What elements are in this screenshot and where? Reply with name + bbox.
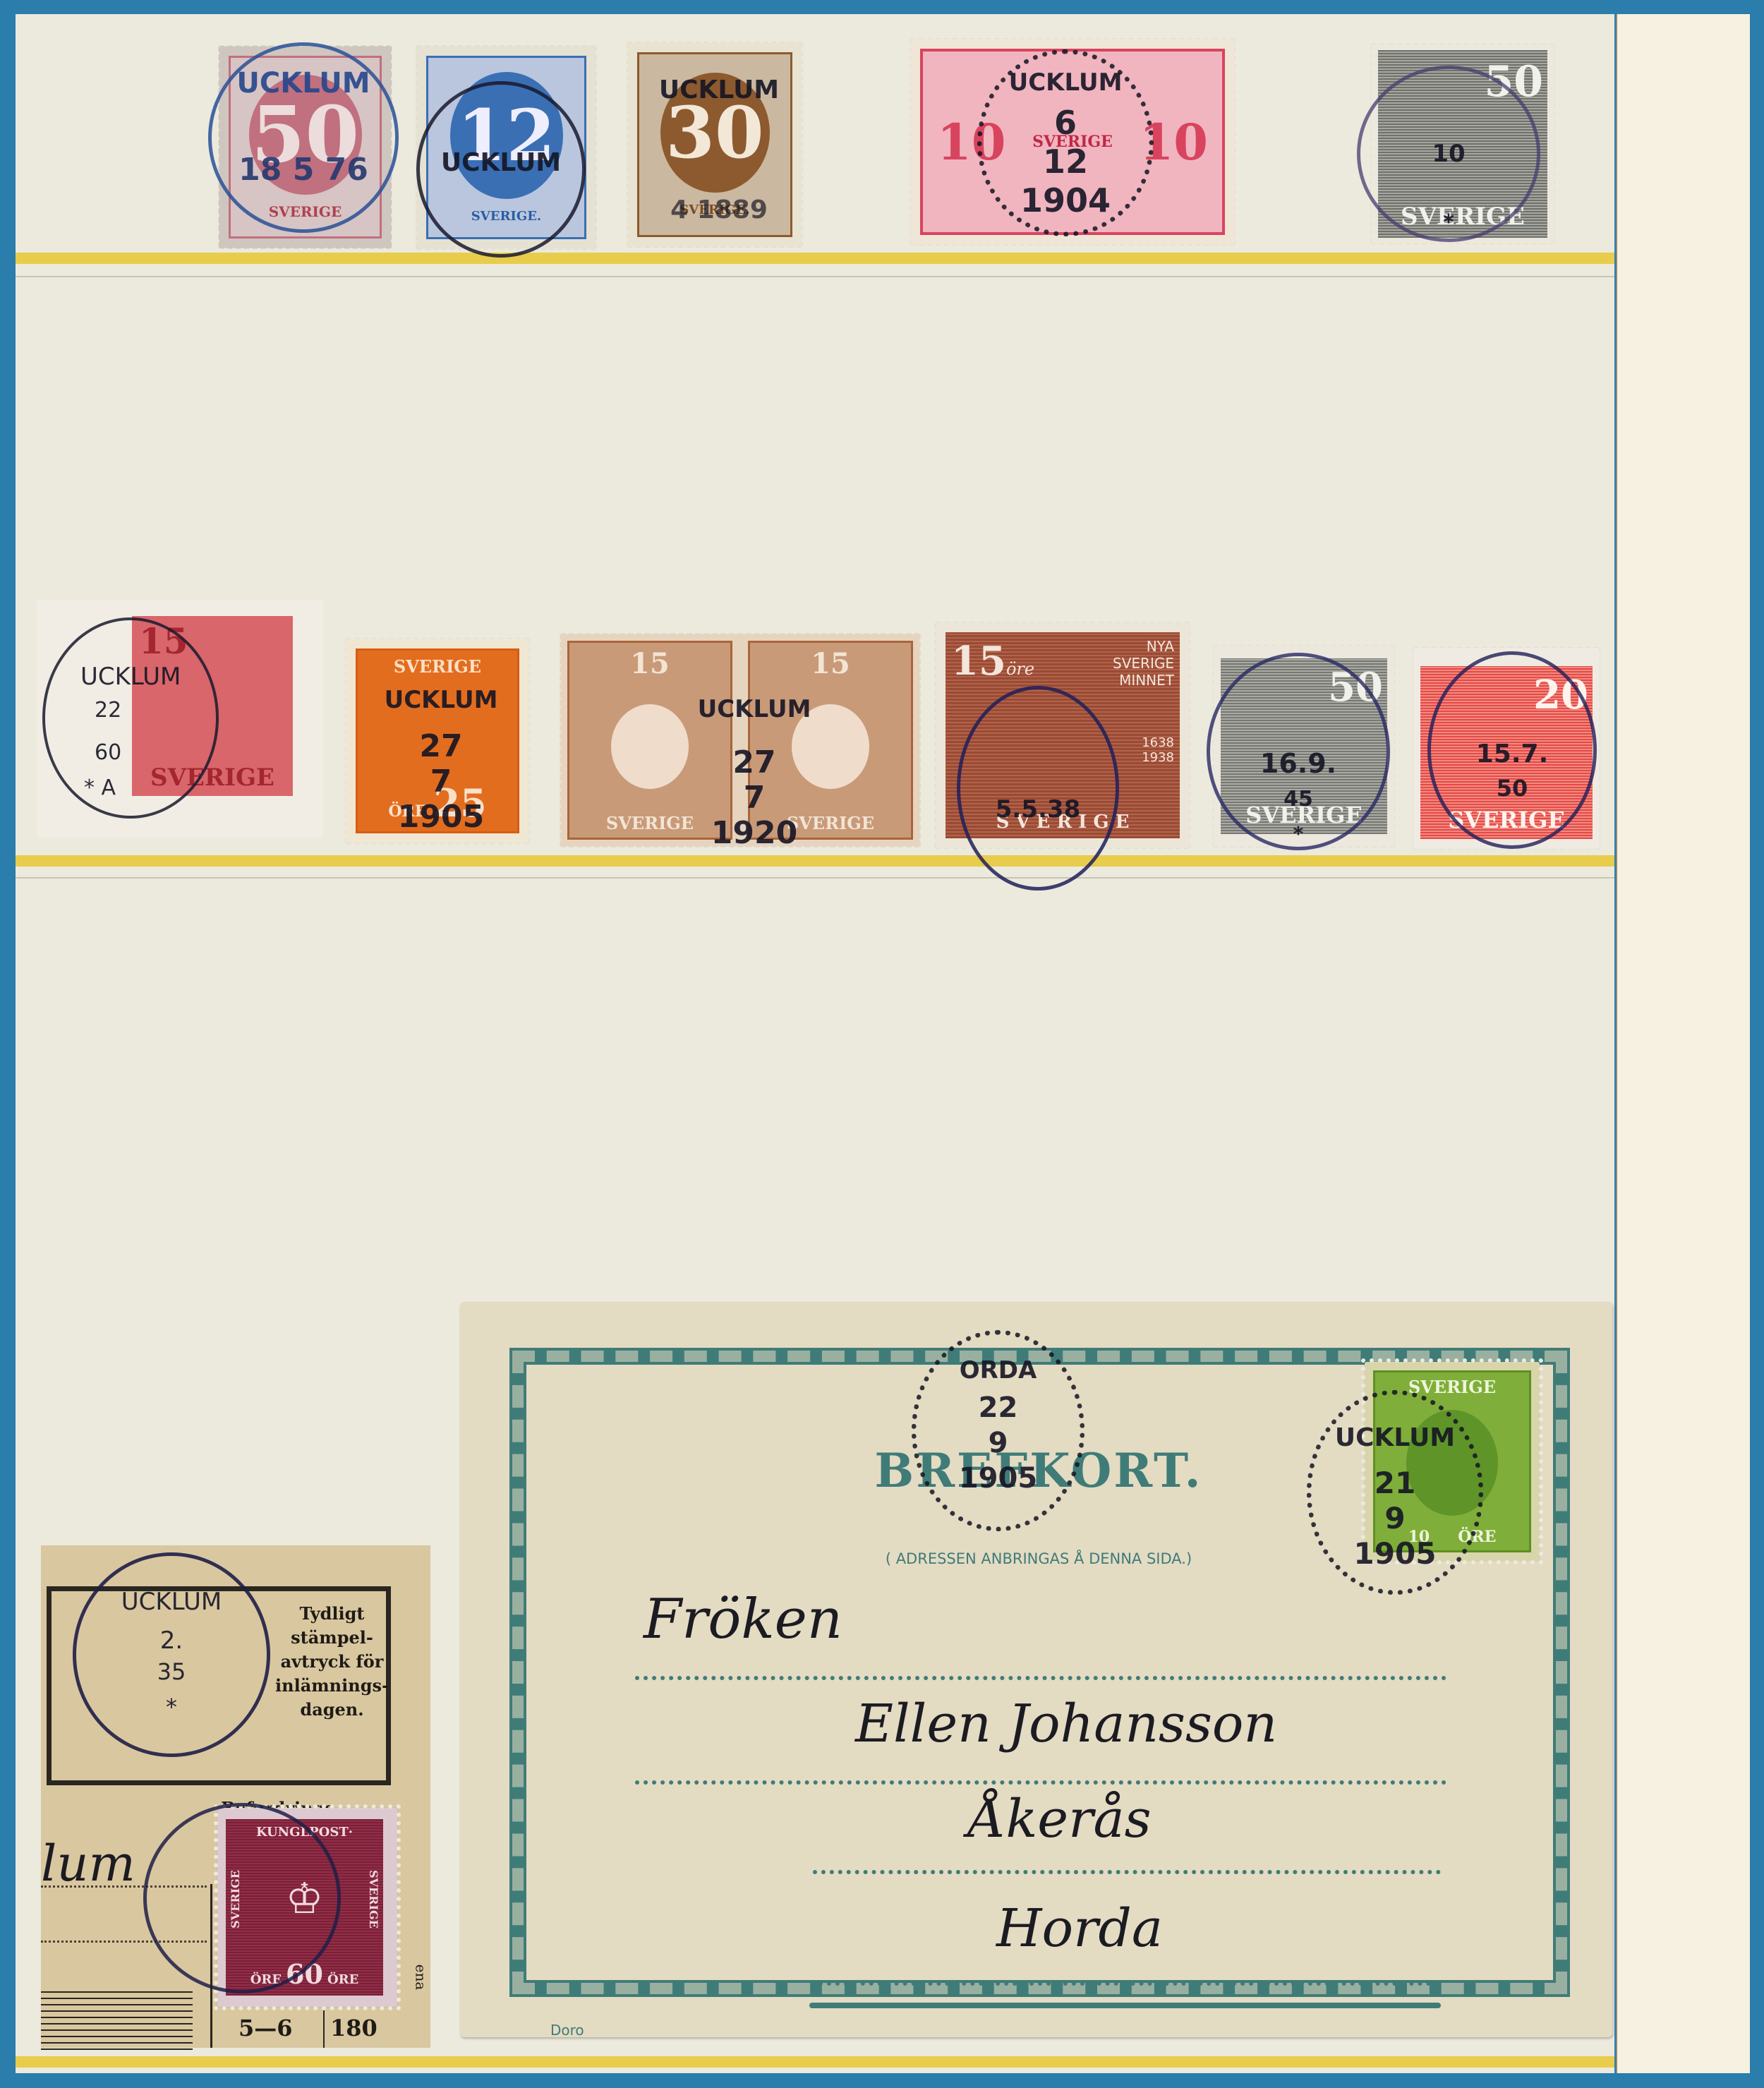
stamp-50-ore-gray[interactable]: 50 SVERIGE 10 *: [1371, 44, 1554, 243]
postmark-day: 16.9.: [1210, 748, 1387, 779]
row-divider-1: [16, 253, 1614, 264]
postmark-place: UCKLUM: [358, 686, 524, 714]
postmark-month: 7: [671, 780, 838, 816]
stamp-15-ore-nya-sverige[interactable]: 15öre NYA SVERIGE MINNET 1638 1938 S V E…: [936, 622, 1190, 848]
stamp-value: 15: [630, 647, 670, 680]
address-line-3: Åkerås: [968, 1789, 1152, 1849]
postmark-2: [143, 1803, 341, 1993]
postmark-place: UCKLUM: [1312, 1423, 1478, 1452]
postmark-place: UCKLUM: [76, 1588, 267, 1616]
handwriting-fragment: lum: [41, 1835, 135, 1893]
postmark-mark: *: [1360, 210, 1537, 235]
stamp-15-ore-pair[interactable]: 15 SVERIGE 15 SVERIGE UCKLUM 27 7 1920: [560, 634, 920, 847]
postmark-mark: *: [1210, 822, 1387, 845]
postmark: UCKLUM 18 5 76: [208, 42, 399, 233]
postmark: UCKLUM 22 60 * A: [42, 617, 219, 819]
postmark: 16.9. 45 *: [1207, 653, 1390, 850]
postmark-day: 22: [45, 698, 216, 723]
postmark-year: 1904: [982, 181, 1149, 219]
stamp-30-ore[interactable]: 30 SVERIGE. UCKLUM 4 1889: [627, 42, 802, 247]
stamp-right-text: SVERIGE: [367, 1870, 380, 1929]
row-divider-3: [16, 2056, 1614, 2068]
stamp-50-ore-1876[interactable]: 50 SVERIGE UCKLUM 18 5 76: [219, 46, 392, 248]
stamp-unit: öre: [1006, 659, 1034, 679]
postmark-year: 60: [45, 740, 216, 765]
postmark-year: 1920: [671, 815, 838, 851]
postmark-year: 50: [1431, 775, 1593, 802]
postmark-month: 9: [917, 1427, 1080, 1459]
postmark-date: 5.5.38: [960, 795, 1116, 823]
album-page-margin: [1616, 14, 1750, 2073]
postmark-date: 4 1889: [636, 195, 802, 224]
stamp-10-ore-official[interactable]: 10 SVERIGE 10 UCKLUM 6 12 1904: [910, 39, 1235, 245]
postmark-place: UCKLUM: [45, 663, 216, 691]
address-rule-3: [813, 1870, 1441, 1874]
column-divider: [323, 2004, 325, 2048]
stamp-50-ore-gray-1945[interactable]: 50 SVERIGE 16.9. 45 *: [1214, 646, 1394, 847]
address-line-1: Fröken: [644, 1588, 842, 1651]
postmark: UCKLUM 6 12 1904: [977, 49, 1154, 236]
stamp-value: 15: [811, 647, 850, 680]
postmark-place: UCKLUM: [671, 695, 838, 723]
stamp-20-ore-red[interactable]: 20 SVERIGE 15.7. 50: [1413, 648, 1600, 849]
hatch-lines: [41, 1986, 193, 2050]
address-line-4: Horda: [996, 1898, 1163, 1959]
postmark: 10 *: [1357, 66, 1540, 242]
postmark: UCKLUM 2. 35 *: [73, 1552, 270, 1757]
address-rule-1: [635, 1676, 1446, 1680]
stamp-country: SVERIGE: [1408, 1377, 1496, 1397]
postmark-mark: * A: [45, 776, 216, 800]
postmark-place: UCKLUM: [982, 68, 1149, 97]
postmark-day: 2.: [76, 1627, 267, 1655]
postmark-day: 27: [671, 744, 838, 780]
stamp-unit-right: ÖRE: [327, 1972, 358, 1987]
postmark-year: 35: [76, 1658, 267, 1685]
row-guide-line-1: [16, 276, 1614, 277]
postmark: UCKLUM 4 1889: [631, 42, 807, 247]
parcel-card-fragment[interactable]: Tydligt stämpel- avtryck för inlämnings-…: [41, 1545, 430, 2048]
postmark: UCKLUM 27 7 1905: [353, 653, 529, 836]
postmark-month: 9: [1312, 1501, 1478, 1535]
weight-cell: 5—6: [238, 2015, 293, 2041]
postmark-day: 27: [358, 728, 524, 764]
address-line-2: Ellen Johansson: [855, 1694, 1277, 1754]
postmark: UCKLUM 27 7 1920: [666, 676, 842, 859]
postmark-month: 12: [982, 143, 1149, 181]
postmark: UCKLUM: [416, 81, 586, 258]
stamp-15-ore-on-piece[interactable]: 15 SVERIGE UCKLUM 22 60 * A: [37, 600, 323, 838]
postmark-year: 1905: [1312, 1536, 1478, 1571]
stamp-25-ore[interactable]: SVERIGE ÖRE 25 UCKLUM 27 7 1905: [346, 639, 529, 843]
postmark-year: 1905: [358, 799, 524, 835]
postcard-brefkort[interactable]: BREFKORT. ( ADRESSEN ANBRINGAS Å DENNA S…: [460, 1302, 1612, 2037]
stamp-12-ore[interactable]: 12 SVERIGE. UCKLUM: [416, 46, 596, 249]
address-rule-4: [818, 1981, 1439, 1986]
postmark-day: 21: [1312, 1466, 1478, 1500]
postmark: 5.5.38: [957, 686, 1119, 891]
postmark-month: 7: [358, 764, 524, 799]
postmark-place: UCKLUM: [212, 67, 395, 99]
postmark-date: 18 5 76: [212, 152, 395, 188]
stamp-title: NYA SVERIGE MINNET: [1089, 638, 1174, 689]
postcard-instruction: ( ADRESSEN ANBRINGAS Å DENNA SIDA.): [841, 1550, 1236, 1567]
row-guide-line-2: [16, 877, 1614, 879]
postmark-day: 6: [982, 104, 1149, 142]
stamp-value: 15: [951, 638, 1006, 684]
postmark-date: 10: [1360, 140, 1537, 168]
side-text: ena: [412, 1965, 429, 1991]
printer-mark: Doro: [550, 2022, 584, 2039]
stamp-box-text: Tydligt stämpel- avtryck för inlämnings-…: [270, 1602, 394, 1722]
postmark-place: UCKLUM: [420, 148, 582, 177]
address-underline: [809, 2003, 1441, 2008]
postmark-sending: UCKLUM 21 9 1905: [1307, 1390, 1483, 1595]
address-rule-2: [635, 1780, 1446, 1785]
postmark: 15.7. 50: [1427, 651, 1597, 849]
postmark-year: 1905: [917, 1462, 1080, 1495]
postmark-place: UCKLUM: [636, 76, 802, 104]
postmark-day: 22: [917, 1392, 1080, 1424]
postmark-mark: *: [76, 1694, 267, 1720]
postmark-receiving: ORDA 22 9 1905: [912, 1330, 1085, 1531]
postmark-place: ORDA: [917, 1356, 1080, 1384]
row-divider-2: [16, 855, 1614, 867]
fee-cell: 180: [330, 2015, 377, 2041]
postmark-day: 15.7.: [1431, 740, 1593, 768]
postmark-year: 45: [1210, 787, 1387, 811]
